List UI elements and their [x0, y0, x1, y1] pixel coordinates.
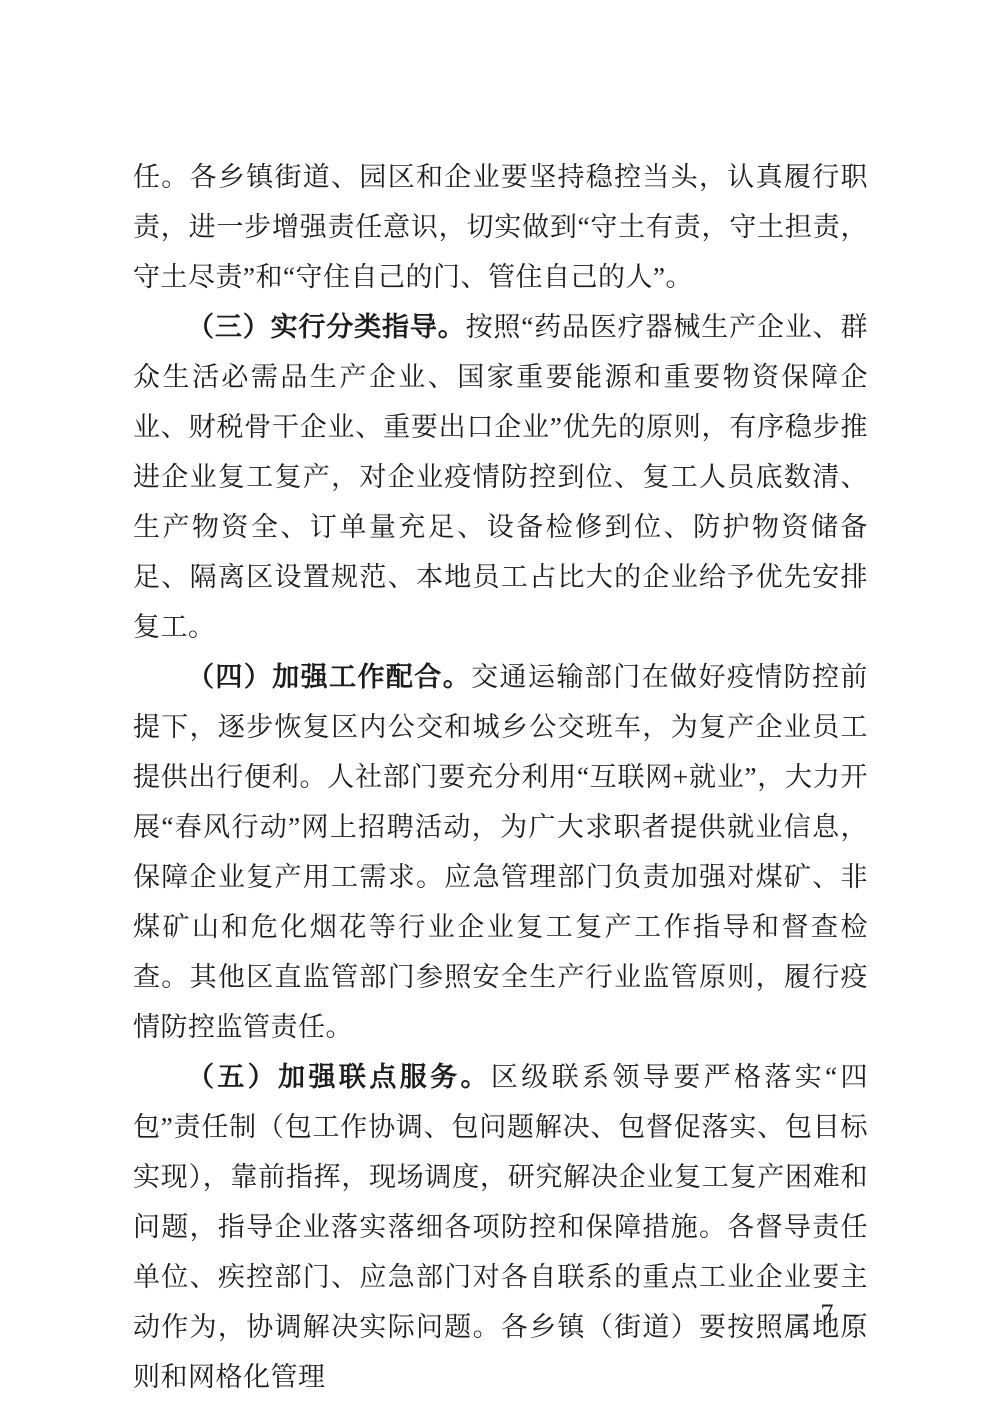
- paragraph-text: 任。各乡镇街道、园区和企业要坚持稳控当头，认真履行职责，进一步增强责任意识，切实…: [133, 162, 868, 292]
- document-page: 任。各乡镇街道、园区和企业要坚持稳控当头，认真履行职责，进一步增强责任意识，切实…: [0, 0, 992, 1403]
- section-heading-5: （五）加强联点服务。: [187, 1062, 491, 1092]
- section-heading-4: （四）加强工作配合。: [187, 662, 471, 692]
- paragraph-section-3: （三）实行分类指导。按照“药品医疗器械生产企业、群众生活必需品生产企业、国家重要…: [133, 302, 868, 652]
- paragraph-section-4: （四）加强工作配合。交通运输部门在做好疫情防控前提下，逐步恢复区内公交和城乡公交…: [133, 652, 868, 1052]
- page-number: – 7 –: [795, 1299, 862, 1328]
- paragraph-text: 交通运输部门在做好疫情防控前提下，逐步恢复区内公交和城乡公交班车，为复产企业员工…: [133, 662, 868, 1042]
- section-heading-3: （三）实行分类指导。: [187, 312, 466, 342]
- page-content: 任。各乡镇街道、园区和企业要坚持稳控当头，认真履行职责，进一步增强责任意识，切实…: [133, 152, 868, 1402]
- page-footer: – 7 –: [795, 1298, 862, 1330]
- paragraph-continuation: 任。各乡镇街道、园区和企业要坚持稳控当头，认真履行职责，进一步增强责任意识，切实…: [133, 152, 868, 302]
- paragraph-text: 按照“药品医疗器械生产企业、群众生活必需品生产企业、国家重要能源和重要物资保障企…: [133, 312, 868, 642]
- paragraph-text: 区级联系领导要严格落实“四包”责任制（包工作协调、包问题解决、包督促落实、包目标…: [133, 1062, 868, 1392]
- paragraph-section-5: （五）加强联点服务。区级联系领导要严格落实“四包”责任制（包工作协调、包问题解决…: [133, 1052, 868, 1402]
